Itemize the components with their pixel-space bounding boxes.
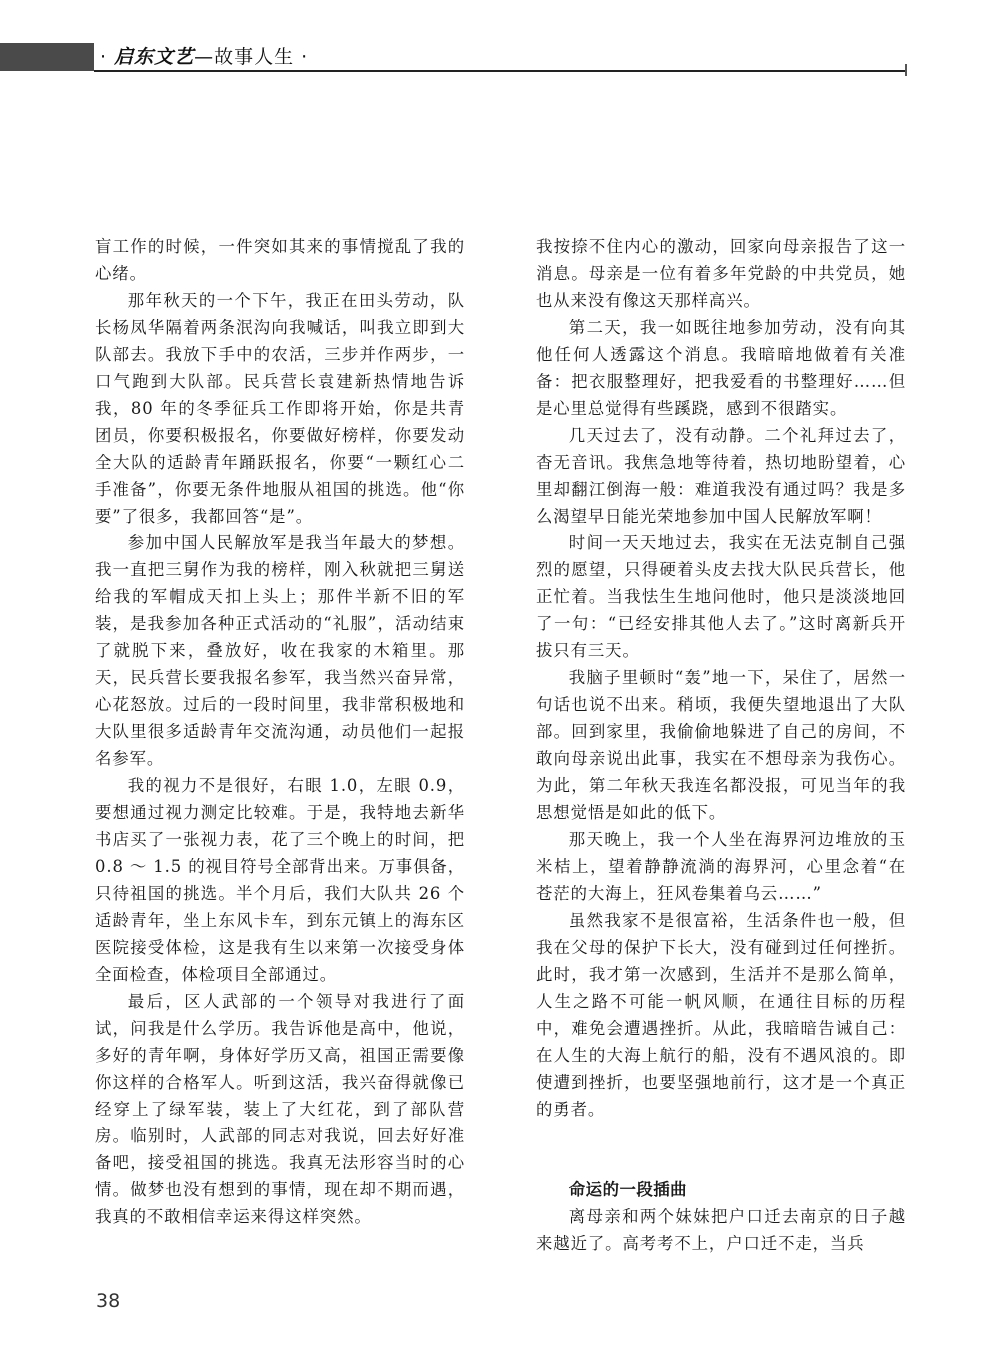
paragraph: 参加中国人民解放军是我当年最大的梦想。我一直把三舅作为我的榜样，刚入秋就把三舅送… (95, 530, 465, 773)
section-spacer (536, 1150, 906, 1177)
magazine-name: 启东文艺 (114, 46, 194, 68)
header-dash: — (194, 46, 214, 68)
header-rule (94, 70, 906, 72)
paragraph: 那天晚上，我一个人坐在海界河边堆放的玉米桔上，望着静静流淌的海界河，心里念着“在… (536, 827, 906, 908)
left-column: 盲工作的时候，一件突如其来的事情搅乱了我的心绪。 那年秋天的一个下午，我正在田头… (95, 234, 465, 1231)
paragraph: 我按捺不住内心的激动，回家向母亲报告了这一消息。母亲是一位有着多年党龄的中共党员… (536, 234, 906, 315)
header-rule-end-tick (905, 64, 907, 76)
paragraph: 我的视力不是很好，右眼 1.0，左眼 0.9，要想通过视力测定比较难。于是，我特… (95, 773, 465, 989)
paragraph: 盲工作的时候，一件突如其来的事情搅乱了我的心绪。 (95, 234, 465, 288)
paragraph: 第二天，我一如既往地参加劳动，没有向其他任何人透露这个消息。我暗暗地做着有关准备… (536, 315, 906, 423)
header-bullet-left: · (100, 46, 107, 68)
paragraph: 那年秋天的一个下午，我正在田头劳动，队长杨凤华隔着两条泯沟向我喊话，叫我立即到大… (95, 288, 465, 531)
running-header: · 启东文艺—故事人生 · (100, 43, 308, 71)
paragraph: 我脑子里顿时“轰”地一下，呆住了，居然一句话也说不出来。稍顷，我便失望地退出了大… (536, 665, 906, 827)
paragraph: 几天过去了，没有动静。二个礼拜过去了，杳无音讯。我焦急地等待着，热切地盼望着，心… (536, 423, 906, 531)
paragraph: 时间一天天地过去，我实在无法克制自己强烈的愿望，只得硬着头皮去找大队民兵营长，他… (536, 530, 906, 665)
paragraph: 最后，区人武部的一个领导对我进行了面试，问我是什么学历。我告诉他是高中，他说，多… (95, 989, 465, 1232)
header-bullet-right: · (301, 46, 308, 68)
section-spacer (536, 1123, 906, 1150)
right-column: 我按捺不住内心的激动，回家向母亲报告了这一消息。母亲是一位有着多年党龄的中共党员… (536, 234, 906, 1258)
header-decor-block (0, 43, 94, 71)
section-name: 故事人生 (214, 46, 294, 68)
section-heading: 命运的一段插曲 (536, 1177, 906, 1204)
paragraph: 虽然我家不是很富裕，生活条件也一般，但我在父母的保护下长大，没有碰到过任何挫折。… (536, 908, 906, 1124)
page-number: 38 (96, 1290, 120, 1312)
paragraph: 离母亲和两个妹妹把户口迁去南京的日子越来越近了。高考考不上，户口迁不走，当兵 (536, 1204, 906, 1258)
